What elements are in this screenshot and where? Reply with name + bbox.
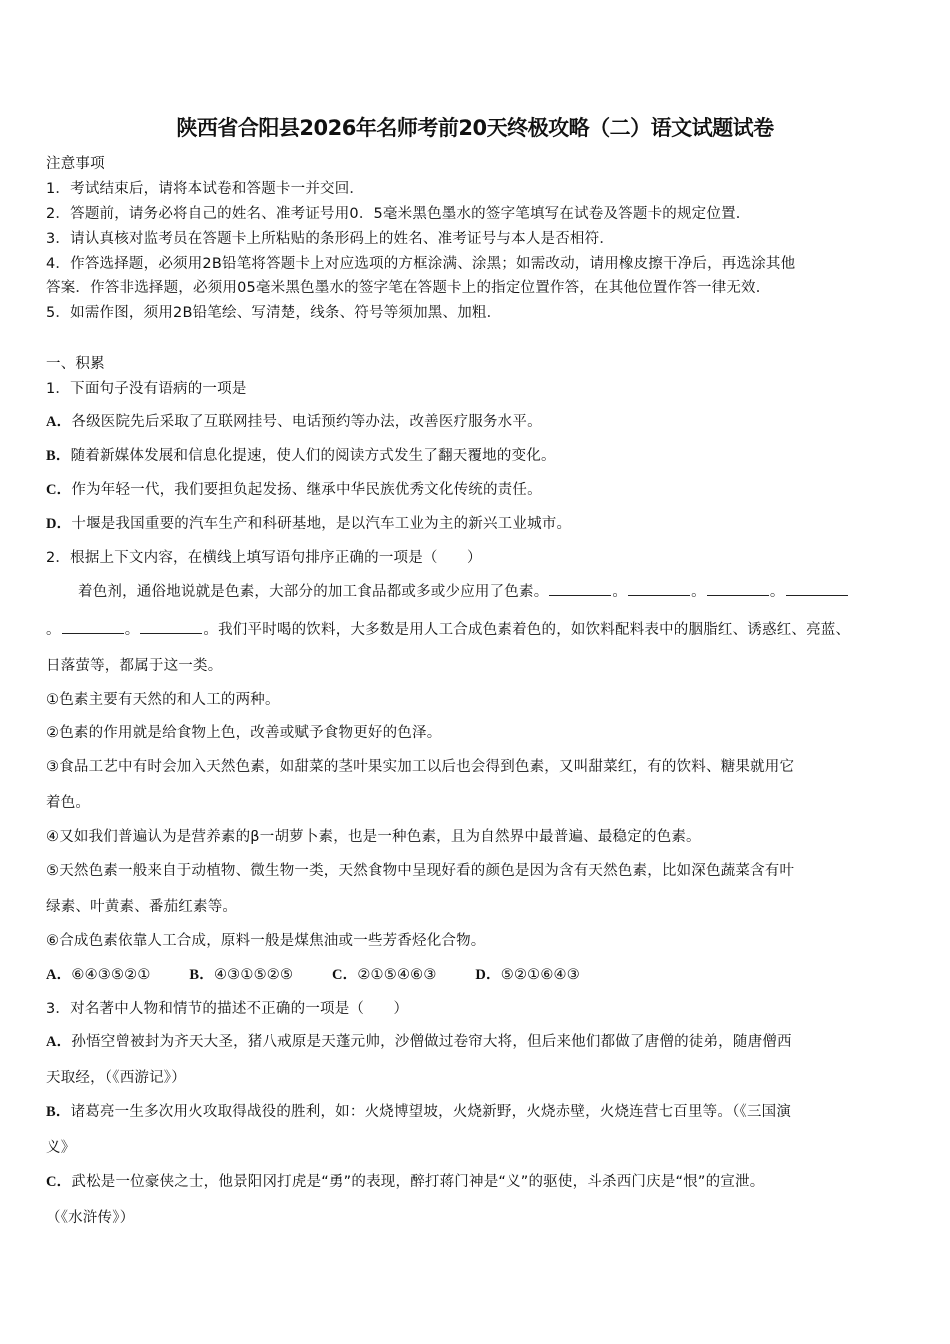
q3-option-b: B．诸葛亮一生多次用火攻取得战役的胜利，如：火烧博望坡，火烧新野，火烧赤壁，火烧… [46,1100,791,1121]
q2-sentence: ②色素的作用就是给食物上色，改善或赋予食物更好的色泽。 [46,721,441,742]
option-label: B． [189,967,214,983]
option-text: 诸葛亮一生多次用火攻取得战役的胜利，如：火烧博望坡，火烧新野，火烧赤壁，火烧连营… [71,1104,792,1120]
q2-sentence: ⑤天然色素一般来自于动植物、微生物一类，天然食物中呈现好看的颜色是因为含有天然色… [46,859,794,880]
passage-text: 着色剂，通俗地说就是色素，大部分的加工食品都或多或少应用了色素。 [78,584,548,600]
notice-item: 5．如需作图，须用2B铅笔绘、写清楚，线条、符号等须加黑、加粗． [46,301,501,322]
notice-item: 1．考试结束后，请将本试卷和答题卡一并交回． [46,177,364,198]
q3-option-a-cont: 天取经，（《西游记》） [46,1066,186,1087]
q1-option-d: D．十堰是我国重要的汽车生产和科研基地，是以汽车工业为主的新兴工业城市。 [46,512,571,533]
option-text: ②①⑤④⑥③ [357,967,436,983]
option-text: 武松是一位豪侠之士，他景阳冈打虎是“勇”的表现，醉打蒋门神是“义”的驱使，斗杀西… [71,1174,764,1190]
notice-item: 4．作答选择题，必须用2B铅笔将答题卡上对应选项的方框涂满、涂黑；如需改动，请用… [46,252,795,273]
fill-blank [140,621,202,634]
q3-option-c-cont: （《水浒传》） [46,1206,134,1227]
notice-heading: 注意事项 [46,152,105,173]
q1-option-c: C．作为年轻一代，我们要担负起发扬、继承中华民族优秀文化传统的责任。 [46,478,542,499]
option-text: 作为年轻一代，我们要担负起发扬、继承中华民族优秀文化传统的责任。 [71,482,541,498]
option-label: C． [332,967,357,983]
fill-blank [707,583,769,596]
option-text: 各级医院先后采取了互联网挂号、电话预约等办法，改善医疗服务水平。 [71,414,541,430]
option-label: C． [46,482,71,498]
q1-option-a: A．各级医院先后采取了互联网挂号、电话预约等办法，改善医疗服务水平。 [46,410,542,431]
q3-option-c: C．武松是一位豪侠之士，他景阳冈打虎是“勇”的表现，醉打蒋门神是“义”的驱使，斗… [46,1170,764,1191]
option-text: 十堰是我国重要的汽车生产和科研基地，是以汽车工业为主的新兴工业城市。 [71,516,571,532]
q3-option-b-cont: 义》 [46,1136,75,1157]
notice-item: 答案．作答非选择题，必须用05毫米黑色墨水的签字笔在答题卡上的指定位置作答，在其… [46,276,770,297]
option-label: B． [46,448,71,464]
notice-item: 2．答题前，请务必将自己的姓名、准考证号用0．5毫米黑色墨水的签字笔填写在试卷及… [46,202,750,223]
option-text: 孙悟空曾被封为齐天大圣，猪八戒原是天蓬元帅，沙僧做过卷帘大将，但后来他们都做了唐… [71,1034,791,1050]
option-label: B． [46,1104,71,1120]
section-heading: 一、积累 [46,352,105,373]
option-label: A． [46,967,71,983]
q2-passage-line-1: 着色剂，通俗地说就是色素，大部分的加工食品都或多或少应用了色素。。。。 [78,580,849,601]
option-text: 随着新媒体发展和信息化提速，使人们的阅读方式发生了翻天覆地的变化。 [71,448,556,464]
option-label: C． [46,1174,71,1190]
q2-sentence: ①色素主要有天然的和人工的两种。 [46,688,280,709]
question-1-stem: 1．下面句子没有语病的一项是 [46,377,247,398]
fill-blank [549,583,611,596]
q2-options: A．⑥④③⑤②① B．④③①⑤②⑤ C．②①⑤④⑥③ D．⑤②①⑥④③ [46,963,614,984]
option-label: D． [475,967,500,983]
option-text: ⑤②①⑥④③ [501,967,580,983]
option-text: ④③①⑤②⑤ [214,967,293,983]
fill-blank [62,621,124,634]
q2-sentence: 绿素、叶黄素、番茄红素等。 [46,895,237,916]
question-3-stem: 3．对名著中人物和情节的描述不正确的一项是（ ） [46,997,408,1018]
q3-option-a: A．孙悟空曾被封为齐天大圣，猪八戒原是天蓬元帅，沙僧做过卷帘大将，但后来他们都做… [46,1030,792,1051]
notice-item: 3．请认真核对监考员在答题卡上所粘贴的条形码上的姓名、准考证号与本人是否相符． [46,227,614,248]
option-label: A． [46,1034,71,1050]
q2-sentence: ⑥合成色素依靠人工合成，原料一般是煤焦油或一些芳香烃化合物。 [46,929,486,950]
q2-sentence: ④又如我们普遍认为是营养素的β一胡萝卜素，也是一种色素，且为自然界中最普遍、最稳… [46,825,701,846]
q2-sentence: ③食品工艺中有时会加入天然色素，如甜菜的茎叶果实加工以后也会得到色素，又叫甜菜红… [46,755,794,776]
question-2-stem: 2．根据上下文内容，在横线上填写语句排序正确的一项是（ ） [46,546,482,567]
fill-blank [628,583,690,596]
option-label: A． [46,414,71,430]
fill-blank [786,583,848,596]
page-title: 陕西省合阳县2026年名师考前20天终极攻略（二）语文试题试卷 [0,112,950,142]
passage-text: 我们平时喝的饮料，大多数是用人工合成色素着色的，如饮料配料表中的胭脂红、诱惑红、… [218,622,850,638]
q1-option-b: B．随着新媒体发展和信息化提速，使人们的阅读方式发生了翻天覆地的变化。 [46,444,556,465]
q2-sentence: 着色。 [46,791,90,812]
option-text: ⑥④③⑤②① [71,967,150,983]
option-label: D． [46,516,71,532]
q2-passage-line-3: 日落萤等，都属于这一类。 [46,654,222,675]
q2-passage-line-2: 。。。我们平时喝的饮料，大多数是用人工合成色素着色的，如饮料配料表中的胭脂红、诱… [46,618,850,639]
